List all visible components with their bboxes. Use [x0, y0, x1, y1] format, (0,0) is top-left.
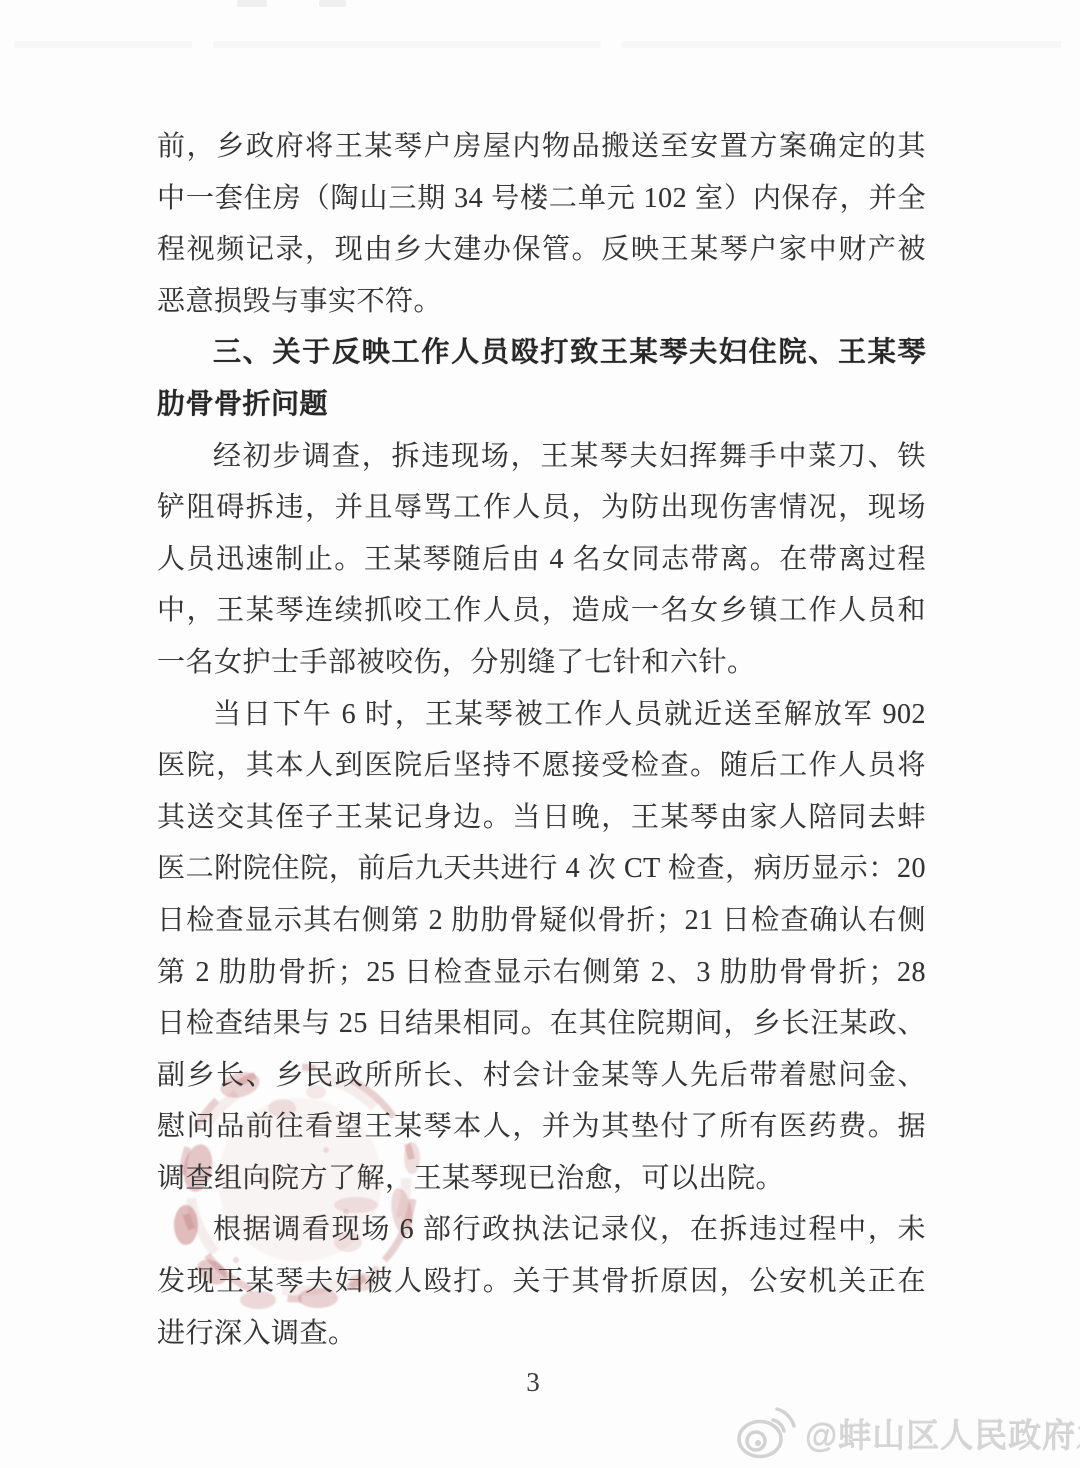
body-line: 人员迅速制止。王某琴随后由 4 名女同志带离。在带离过程: [157, 534, 926, 586]
publisher-watermark: @蚌山区人民政府发布: [733, 1402, 1080, 1464]
scan-artifact: [237, 0, 267, 7]
body-line: 根据调看现场 6 部行政执法记录仪，在拆违过程中，未: [157, 1204, 926, 1256]
body-line: 进行深入调查。: [157, 1308, 926, 1360]
body-line: 其送交其侄子王某记身边。当日晚，王某琴由家人陪同去蚌: [157, 792, 926, 844]
body-line: 当日下午 6 时，王某琴被工作人员就近送至解放军 902: [157, 689, 926, 741]
weibo-icon: [733, 1403, 797, 1463]
body-line: 日检查结果与 25 日结果相同。在其住院期间，乡长汪某政、: [157, 998, 926, 1050]
body-line: 调查组向院方了解，王某琴现已治愈，可以出院。: [157, 1153, 926, 1205]
body-line: 恶意损毁与事实不符。: [157, 276, 926, 328]
body-line: 前，乡政府将王某琴户房屋内物品搬送至安置方案确定的其: [157, 121, 926, 173]
body-line: 发现王某琴夫妇被人殴打。关于其骨折原因，公安机关正在: [157, 1256, 926, 1308]
body-line: 日检查显示其右侧第 2 肋肋骨疑似骨折；21 日检查确认右侧: [157, 895, 926, 947]
body-line: 医院，其本人到医院后坚持不愿接受检查。随后工作人员将: [157, 740, 926, 792]
page-number: 3: [0, 1367, 1066, 1398]
body-line: 铲阻碍拆违，并且辱骂工作人员，为防出现伤害情况，现场: [157, 482, 926, 534]
body-line: 中，王某琴连续抓咬工作人员，造成一名女乡镇工作人员和: [157, 585, 926, 637]
body-line: 程视频记录，现由乡大建办保管。反映王某琴户家中财产被: [157, 224, 926, 276]
body-line: 第 2 肋肋骨折；25 日检查显示右侧第 2、3 肋肋骨骨折；28: [157, 947, 926, 999]
body-line: 经初步调查，拆违现场，王某琴夫妇挥舞手中菜刀、铁: [157, 431, 926, 483]
body-line: 一名女护士手部被咬伤，分别缝了七针和六针。: [157, 637, 926, 689]
scan-artifact: [14, 41, 1061, 48]
body-line: 副乡长、乡民政所所长、村会计金某等人先后带着慰问金、: [157, 1050, 926, 1102]
section-heading-line: 三、关于反映工作人员殴打致王某琴夫妇住院、王某琴: [157, 327, 926, 379]
scanned-document-page: 前，乡政府将王某琴户房屋内物品搬送至安置方案确定的其 中一套住房（陶山三期 34…: [0, 0, 1080, 1468]
watermark-handle: @蚌山区人民政府发布: [805, 1410, 1080, 1457]
document-body: 前，乡政府将王某琴户房屋内物品搬送至安置方案确定的其 中一套住房（陶山三期 34…: [157, 121, 926, 1359]
body-line: 慰问品前往看望王某琴本人，并为其垫付了所有医药费。据: [157, 1101, 926, 1153]
body-line: 中一套住房（陶山三期 34 号楼二单元 102 室）内保存，并全: [157, 173, 926, 225]
section-heading-line: 肋骨骨折问题: [157, 379, 926, 431]
body-line: 医二附院住院，前后九天共进行 4 次 CT 检查，病历显示：20: [157, 843, 926, 895]
scan-artifact: [319, 0, 346, 7]
